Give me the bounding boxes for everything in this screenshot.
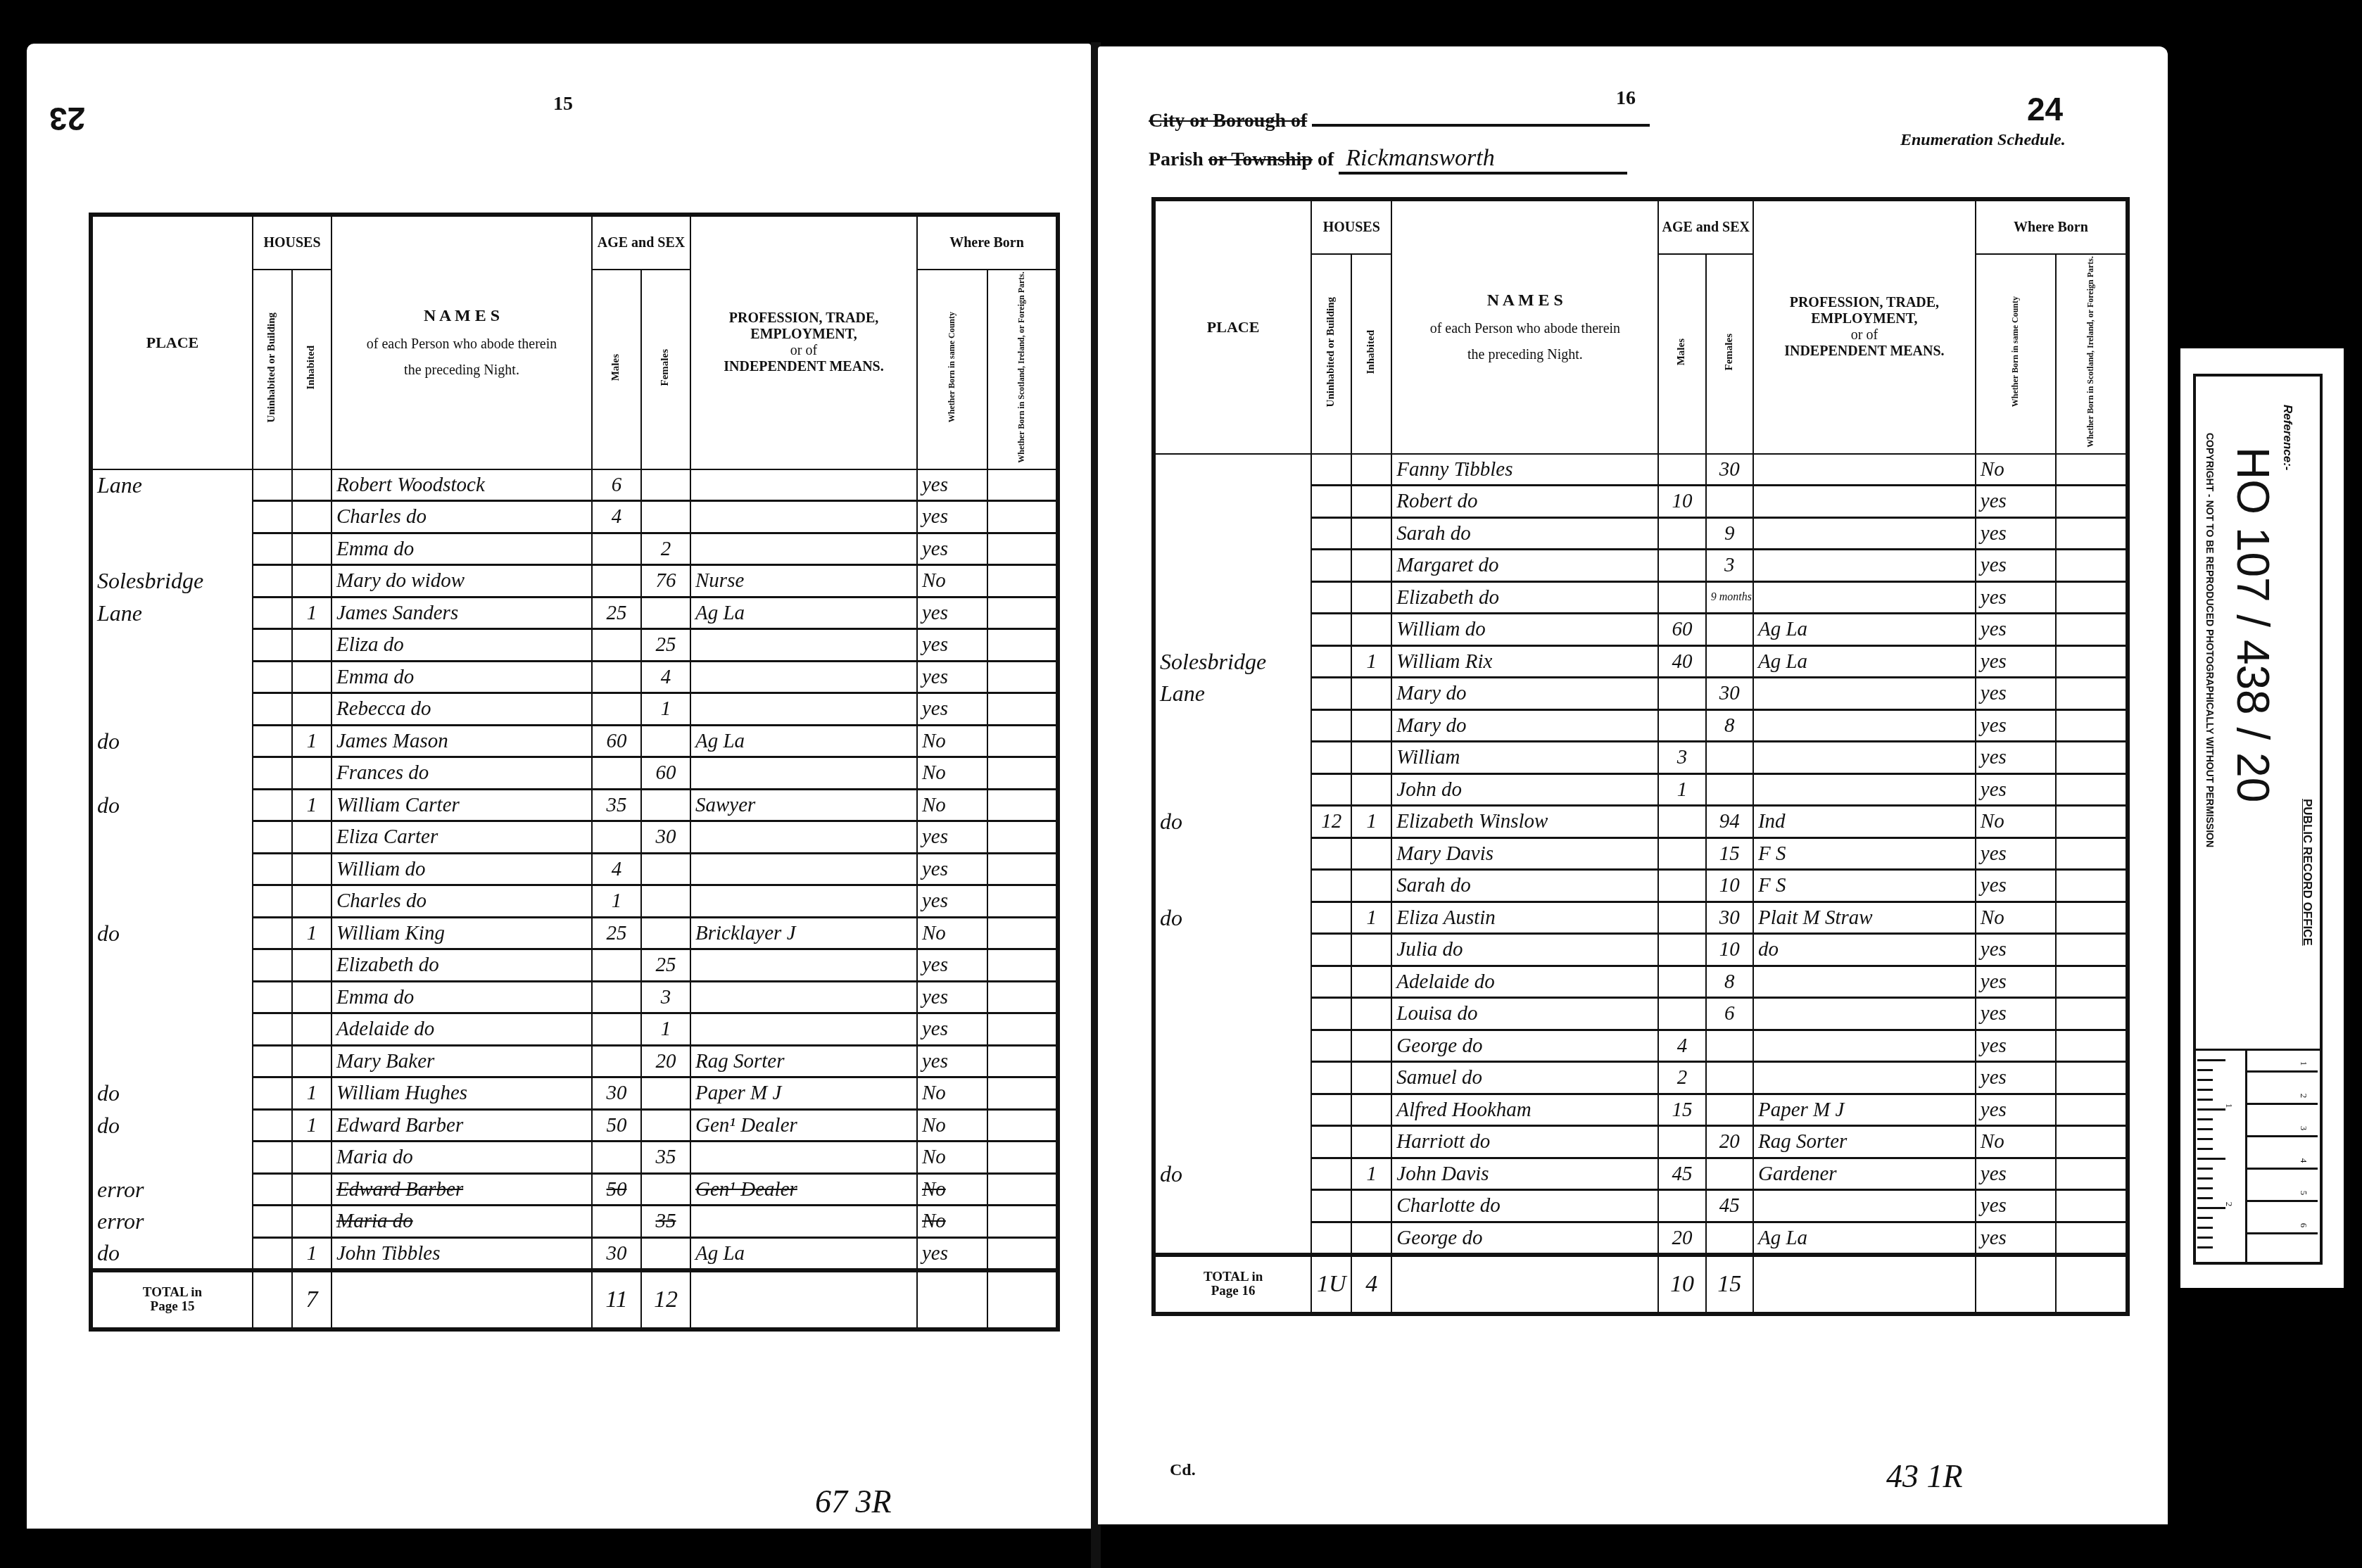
census-row: Eliza do25yes: [91, 629, 1058, 662]
born-same-county-cell: yes: [1976, 1158, 2056, 1190]
female-age-cell: 10: [1706, 870, 1753, 902]
total-label: TOTAL inPage 15: [91, 1270, 253, 1329]
census-row: Emma do3yes: [91, 981, 1058, 1013]
census-row: errorEdward Barber50Gen¹ DealerNo: [91, 1173, 1058, 1206]
ruler-cm-tick: [2247, 1232, 2318, 1234]
uninhabited-cell: 12: [1311, 806, 1351, 838]
uninhabited-cell: [1311, 870, 1351, 902]
right-census-page: 16 24 Enumeration Schedule. City or Boro…: [1098, 46, 2168, 1524]
total-label-line-1: TOTAL in: [97, 1286, 248, 1300]
female-age-cell: [641, 1077, 690, 1110]
male-age-cell: 1: [1658, 773, 1705, 806]
born-same-county-cell: yes: [1976, 678, 2056, 710]
column-header-uninhabited-text: Uninhabited or Building: [1325, 297, 1337, 407]
census-row: do1Eliza Austin30Plait M StrawNo: [1154, 902, 2128, 934]
profession-cell: [690, 501, 917, 533]
born-same-county-cell: yes: [917, 885, 987, 918]
name-cell: William Hughes: [331, 1077, 592, 1110]
place-cell: [1154, 517, 1311, 550]
born-foreign-cell: [987, 853, 1058, 885]
born-same-county-cell: yes: [917, 853, 987, 885]
born-foreign-cell: [2056, 870, 2128, 902]
continued-mark: Cd.: [1170, 1461, 1196, 1480]
born-foreign-cell: [987, 693, 1058, 726]
place-cell: do: [91, 1077, 253, 1110]
place-cell: [91, 757, 253, 790]
female-age-cell: 2: [641, 533, 690, 565]
inhabited-cell: 1: [1351, 902, 1391, 934]
name-cell: William do: [331, 853, 592, 885]
inhabited-cell: [292, 757, 331, 790]
place-cell: [1154, 1030, 1311, 1062]
column-header-uninhabited-text: Uninhabited or Building: [266, 312, 278, 422]
born-same-county-cell: yes: [917, 949, 987, 982]
place-cell: [91, 1013, 253, 1046]
male-age-cell: 40: [1658, 645, 1705, 678]
born-same-county-cell: yes: [917, 1237, 987, 1270]
female-age-cell: [641, 1237, 690, 1270]
place-cell: do: [91, 789, 253, 821]
ruler-tick: [2197, 1237, 2213, 1239]
name-cell: William King: [331, 917, 592, 949]
ruler-tick: [2197, 1168, 2213, 1170]
name-cell: Adelaide do: [1391, 966, 1658, 998]
inhabited-cell: 1: [292, 1077, 331, 1110]
name-cell: Elizabeth do: [331, 949, 592, 982]
born-foreign-cell: [987, 1109, 1058, 1142]
profession-cell: Ag La: [1753, 645, 1976, 678]
born-same-county-cell: No: [917, 1109, 987, 1142]
census-row: George do4yes: [1154, 1030, 2128, 1062]
inhabited-cell: 1: [292, 789, 331, 821]
uninhabited-cell: [253, 501, 292, 533]
inhabited-cell: [1351, 709, 1391, 742]
female-age-cell: [1706, 1094, 1753, 1126]
right-schedule-number: 24: [2027, 90, 2063, 128]
census-row: Adelaide do8yes: [1154, 966, 2128, 998]
ruler-cm-label: 5: [2298, 1191, 2309, 1196]
column-header-foreign-parts: Whether Born in Scotland, Ireland, or Fo…: [987, 270, 1058, 469]
uninhabited-cell: [1311, 454, 1351, 486]
place-cell: Lane: [91, 469, 253, 501]
born-foreign-cell: [2056, 806, 2128, 838]
born-same-county-cell: yes: [1976, 1222, 2056, 1255]
uninhabited-cell: [1311, 1158, 1351, 1190]
place-cell: [1154, 837, 1311, 870]
profession-cell: Ag La: [690, 725, 917, 757]
born-same-county-cell: yes: [917, 501, 987, 533]
name-cell: Mary do: [1391, 678, 1658, 710]
born-same-county-cell: No: [1976, 454, 2056, 486]
born-same-county-cell: yes: [1976, 1190, 2056, 1222]
profession-cell: Gardener: [1753, 1158, 1976, 1190]
profession-cell: [690, 533, 917, 565]
column-header-houses: HOUSES: [1311, 199, 1391, 254]
names-subtitle-2: the preceding Night.: [334, 362, 590, 379]
ruler-tick: [2197, 1079, 2213, 1081]
uninhabited-cell: [253, 1142, 292, 1174]
measurement-ruler: 12345612: [2196, 1049, 2320, 1262]
ruler-cm-label: 3: [2298, 1126, 2309, 1131]
ruler-cm-label: 1: [2298, 1061, 2309, 1066]
reference-card-frame: PUBLIC RECORD OFFICE Reference:- HO 107 …: [2193, 374, 2323, 1265]
names-subtitle: of each Person who abode therein: [1394, 321, 1656, 337]
profession-cell: Ag La: [690, 1237, 917, 1270]
place-cell: Lane: [1154, 678, 1311, 710]
uninhabited-cell: [253, 1045, 292, 1077]
census-row: Mary Davis15F Syes: [1154, 837, 2128, 870]
female-age-cell: 94: [1706, 806, 1753, 838]
column-header-males: Males: [1658, 254, 1705, 454]
uninhabited-cell: [253, 949, 292, 982]
profession-cell: Paper M J: [690, 1077, 917, 1110]
census-row: Emma do2yes: [91, 533, 1058, 565]
born-same-county-cell: yes: [1976, 1062, 2056, 1094]
female-age-cell: 4: [641, 661, 690, 693]
column-header-males-text: Males: [1676, 339, 1688, 365]
census-row: Eliza Carter30yes: [91, 821, 1058, 854]
column-header-same-county-text: Whether Born in same County: [947, 312, 957, 422]
born-foreign-cell: [2056, 1062, 2128, 1094]
name-cell: Robert do: [1391, 486, 1658, 518]
born-foreign-cell: [2056, 837, 2128, 870]
born-foreign-cell: [987, 917, 1058, 949]
total-label: TOTAL inPage 16: [1154, 1255, 1311, 1314]
inhabited-cell: [292, 885, 331, 918]
born-same-county-cell: yes: [1976, 773, 2056, 806]
born-foreign-cell: [2056, 645, 2128, 678]
uninhabited-cell: [1311, 678, 1351, 710]
inhabited-cell: [1351, 454, 1391, 486]
female-age-cell: [1706, 486, 1753, 518]
born-foreign-cell: [2056, 966, 2128, 998]
reference-label: Reference:-: [2280, 405, 2294, 471]
profession-cell: [1753, 517, 1976, 550]
male-age-cell: [592, 629, 641, 662]
total-profession-blank: [1753, 1255, 1976, 1314]
profession-cell: [690, 949, 917, 982]
born-same-county-cell: yes: [1976, 966, 2056, 998]
born-foreign-cell: [987, 949, 1058, 982]
profession-header-line: INDEPENDENT MEANS.: [693, 359, 915, 375]
profession-cell: Bricklayer J: [690, 917, 917, 949]
female-age-cell: 9: [1706, 517, 1753, 550]
place-cell: do: [91, 917, 253, 949]
born-same-county-cell: No: [917, 1173, 987, 1206]
born-foreign-cell: [2056, 742, 2128, 774]
uninhabited-cell: [1311, 1222, 1351, 1255]
uninhabited-cell: [253, 469, 292, 501]
uninhabited-cell: [253, 885, 292, 918]
uninhabited-cell: [1311, 486, 1351, 518]
male-age-cell: [592, 1206, 641, 1238]
name-cell: John Davis: [1391, 1158, 1658, 1190]
census-row: Charles do4yes: [91, 501, 1058, 533]
parish-label: Parish: [1149, 148, 1204, 170]
born-same-county-cell: yes: [917, 693, 987, 726]
name-cell: William Carter: [331, 789, 592, 821]
male-age-cell: 25: [592, 597, 641, 629]
left-schedule-number: 23: [49, 100, 85, 138]
total-profession-blank: [690, 1270, 917, 1329]
name-cell: Maria do: [331, 1142, 592, 1174]
born-foreign-cell: [2056, 709, 2128, 742]
name-cell: James Sanders: [331, 597, 592, 629]
profession-header-line: or of: [1755, 327, 1973, 343]
inhabited-cell: [292, 853, 331, 885]
uninhabited-cell: [1311, 550, 1351, 582]
inhabited-cell: [1351, 517, 1391, 550]
born-foreign-cell: [987, 1142, 1058, 1174]
profession-cell: Rag Sorter: [690, 1045, 917, 1077]
profession-header-line: PROFESSION, TRADE,: [693, 310, 915, 327]
column-header-females: Females: [641, 270, 690, 469]
inhabited-cell: [1351, 934, 1391, 966]
male-age-cell: [1658, 966, 1705, 998]
census-row: Louisa do6yes: [1154, 998, 2128, 1030]
profession-cell: [1753, 773, 1976, 806]
ruler-cm-label: 6: [2298, 1223, 2309, 1228]
uninhabited-cell: [1311, 966, 1351, 998]
name-cell: Edward Barber: [331, 1173, 592, 1206]
male-age-cell: 6: [592, 469, 641, 501]
name-cell: William Rix: [1391, 645, 1658, 678]
place-cell: [1154, 581, 1311, 614]
male-age-cell: 35: [592, 789, 641, 821]
born-same-county-cell: yes: [917, 629, 987, 662]
female-age-cell: 76: [641, 565, 690, 598]
born-same-county-cell: No: [917, 725, 987, 757]
inhabited-cell: [1351, 1222, 1391, 1255]
total-same-county-blank: [1976, 1255, 2056, 1314]
inhabited-cell: [292, 981, 331, 1013]
female-age-cell: 30: [1706, 454, 1753, 486]
born-foreign-cell: [2056, 614, 2128, 646]
name-cell: John Tibbles: [331, 1237, 592, 1270]
names-title: N A M E S: [334, 307, 590, 327]
female-age-cell: [641, 885, 690, 918]
census-row: Elizabeth do25yes: [91, 949, 1058, 982]
column-header-age-sex: AGE and SEX: [592, 215, 690, 270]
born-same-county-cell: yes: [917, 1045, 987, 1077]
male-age-cell: [1658, 870, 1705, 902]
census-row: Sarah do9yes: [1154, 517, 2128, 550]
profession-cell: Plait M Straw: [1753, 902, 1976, 934]
right-footer-tally: 43 1R: [1886, 1458, 1963, 1495]
uninhabited-cell: [1311, 1094, 1351, 1126]
born-same-county-cell: yes: [917, 821, 987, 854]
male-age-cell: [1658, 837, 1705, 870]
census-row: Charles do1yes: [91, 885, 1058, 918]
uninhabited-cell: [253, 533, 292, 565]
male-age-cell: 4: [592, 501, 641, 533]
uninhabited-cell: [253, 917, 292, 949]
column-header-profession: PROFESSION, TRADE,EMPLOYMENT,or ofINDEPE…: [690, 215, 917, 469]
profession-cell: Sawyer: [690, 789, 917, 821]
total-label-line-2: Page 15: [97, 1300, 248, 1314]
total-row: TOTAL inPage 161U41015: [1154, 1255, 2128, 1314]
female-age-cell: [641, 469, 690, 501]
born-same-county-cell: yes: [1976, 934, 2056, 966]
census-row: do1James Mason60Ag LaNo: [91, 725, 1058, 757]
female-age-cell: 10: [1706, 934, 1753, 966]
profession-cell: [1753, 581, 1976, 614]
profession-header-line: or of: [693, 343, 915, 359]
total-same-county-blank: [917, 1270, 987, 1329]
female-age-cell: [641, 1109, 690, 1142]
name-cell: Samuel do: [1391, 1062, 1658, 1094]
place-cell: Solesbridge: [91, 565, 253, 598]
female-age-cell: [641, 501, 690, 533]
born-foreign-cell: [2056, 773, 2128, 806]
census-row: Margaret do3yes: [1154, 550, 2128, 582]
place-cell: [1154, 934, 1311, 966]
profession-header-line: EMPLOYMENT,: [693, 327, 915, 343]
uninhabited-cell: [1311, 581, 1351, 614]
name-cell: Emma do: [331, 533, 592, 565]
female-age-cell: 30: [641, 821, 690, 854]
uninhabited-cell: [253, 821, 292, 854]
profession-cell: Nurse: [690, 565, 917, 598]
born-foreign-cell: [2056, 902, 2128, 934]
place-cell: [91, 885, 253, 918]
born-foreign-cell: [987, 1045, 1058, 1077]
ruler-tick: [2197, 1118, 2213, 1120]
male-age-cell: [1658, 517, 1705, 550]
male-age-cell: [592, 981, 641, 1013]
female-age-cell: 25: [641, 949, 690, 982]
place-cell: [91, 981, 253, 1013]
male-age-cell: [592, 1142, 641, 1174]
born-same-county-cell: No: [917, 1077, 987, 1110]
female-age-cell: 60: [641, 757, 690, 790]
place-cell: [91, 693, 253, 726]
female-age-cell: 8: [1706, 966, 1753, 998]
place-cell: [1154, 1126, 1311, 1158]
profession-cell: [1753, 454, 1976, 486]
place-cell: do: [1154, 1158, 1311, 1190]
name-cell: George do: [1391, 1030, 1658, 1062]
column-header-same-county: Whether Born in same County: [1976, 254, 2056, 454]
uninhabited-cell: [253, 1013, 292, 1046]
male-age-cell: [1658, 1190, 1705, 1222]
female-age-cell: [1706, 1158, 1753, 1190]
female-age-cell: [641, 597, 690, 629]
born-foreign-cell: [987, 1077, 1058, 1110]
male-age-cell: [592, 565, 641, 598]
name-cell: Louisa do: [1391, 998, 1658, 1030]
profession-cell: do: [1753, 934, 1976, 966]
uninhabited-cell: [1311, 614, 1351, 646]
uninhabited-cell: [253, 757, 292, 790]
inhabited-cell: [1351, 581, 1391, 614]
inhabited-cell: [292, 1173, 331, 1206]
ruler-tick: [2197, 1207, 2225, 1209]
male-age-cell: 1: [592, 885, 641, 918]
profession-cell: [1753, 1062, 1976, 1094]
name-cell: Mary do widow: [331, 565, 592, 598]
place-cell: [91, 949, 253, 982]
profession-cell: [1753, 1030, 1976, 1062]
inhabited-cell: [292, 1045, 331, 1077]
male-age-cell: [1658, 454, 1705, 486]
column-header-females-text: Females: [659, 349, 671, 386]
place-cell: do: [91, 1237, 253, 1270]
female-age-cell: 35: [641, 1206, 690, 1238]
born-same-county-cell: No: [917, 565, 987, 598]
name-cell: Rebecca do: [331, 693, 592, 726]
uninhabited-cell: [1311, 902, 1351, 934]
census-row: Lane1James Sanders25Ag Layes: [91, 597, 1058, 629]
profession-cell: F S: [1753, 870, 1976, 902]
total-inhabited: 7: [292, 1270, 331, 1329]
male-age-cell: [592, 821, 641, 854]
township-label: or Township: [1208, 148, 1313, 170]
inhabited-cell: [1351, 742, 1391, 774]
inhabited-cell: [292, 949, 331, 982]
name-cell: Mary Baker: [331, 1045, 592, 1077]
uninhabited-cell: [253, 853, 292, 885]
profession-cell: [690, 693, 917, 726]
total-males: 11: [592, 1270, 641, 1329]
total-males: 10: [1658, 1255, 1705, 1314]
male-age-cell: [592, 661, 641, 693]
column-header-where-born: Where Born: [1976, 199, 2128, 254]
profession-cell: [690, 1142, 917, 1174]
column-header-names: N A M E Sof each Person who abode therei…: [1391, 199, 1658, 454]
column-header-inhabited: Inhabited: [292, 270, 331, 469]
born-foreign-cell: [2056, 550, 2128, 582]
census-row: Sarah do10F Syes: [1154, 870, 2128, 902]
male-age-cell: 15: [1658, 1094, 1705, 1126]
reference-card: PUBLIC RECORD OFFICE Reference:- HO 107 …: [2180, 348, 2344, 1288]
place-cell: [91, 1045, 253, 1077]
ruler-tick: [2197, 1108, 2225, 1111]
name-cell: William: [1391, 742, 1658, 774]
female-age-cell: 15: [1706, 837, 1753, 870]
inhabited-cell: 1: [292, 725, 331, 757]
place-cell: [1154, 709, 1311, 742]
born-foreign-cell: [987, 1173, 1058, 1206]
profession-header-line: EMPLOYMENT,: [1755, 311, 1973, 327]
male-age-cell: [592, 533, 641, 565]
ruler-tick: [2197, 1069, 2213, 1071]
male-age-cell: [592, 757, 641, 790]
place-cell: [1154, 1190, 1311, 1222]
male-age-cell: 10: [1658, 486, 1705, 518]
column-header-foreign-parts-text: Whether Born in Scotland, Ireland, or Fo…: [2086, 256, 2096, 448]
born-foreign-cell: [987, 565, 1058, 598]
census-row: do1Edward Barber50Gen¹ DealerNo: [91, 1109, 1058, 1142]
inhabited-cell: 1: [1351, 1158, 1391, 1190]
female-age-cell: 1: [641, 1013, 690, 1046]
column-header-inhabited: Inhabited: [1351, 254, 1391, 454]
inhabited-cell: [1351, 837, 1391, 870]
profession-cell: Ag La: [1753, 614, 1976, 646]
profession-cell: [690, 853, 917, 885]
female-age-cell: [1706, 773, 1753, 806]
inhabited-cell: [1351, 966, 1391, 998]
place-cell: Solesbridge: [1154, 645, 1311, 678]
census-row: Mary do8yes: [1154, 709, 2128, 742]
ruler-cm-label: 2: [2298, 1094, 2309, 1099]
inhabited-cell: [292, 1206, 331, 1238]
name-cell: William do: [1391, 614, 1658, 646]
city-borough-value: [1312, 124, 1650, 127]
census-row: William do4yes: [91, 853, 1058, 885]
census-row: William do60Ag Layes: [1154, 614, 2128, 646]
names-title: N A M E S: [1394, 291, 1656, 311]
